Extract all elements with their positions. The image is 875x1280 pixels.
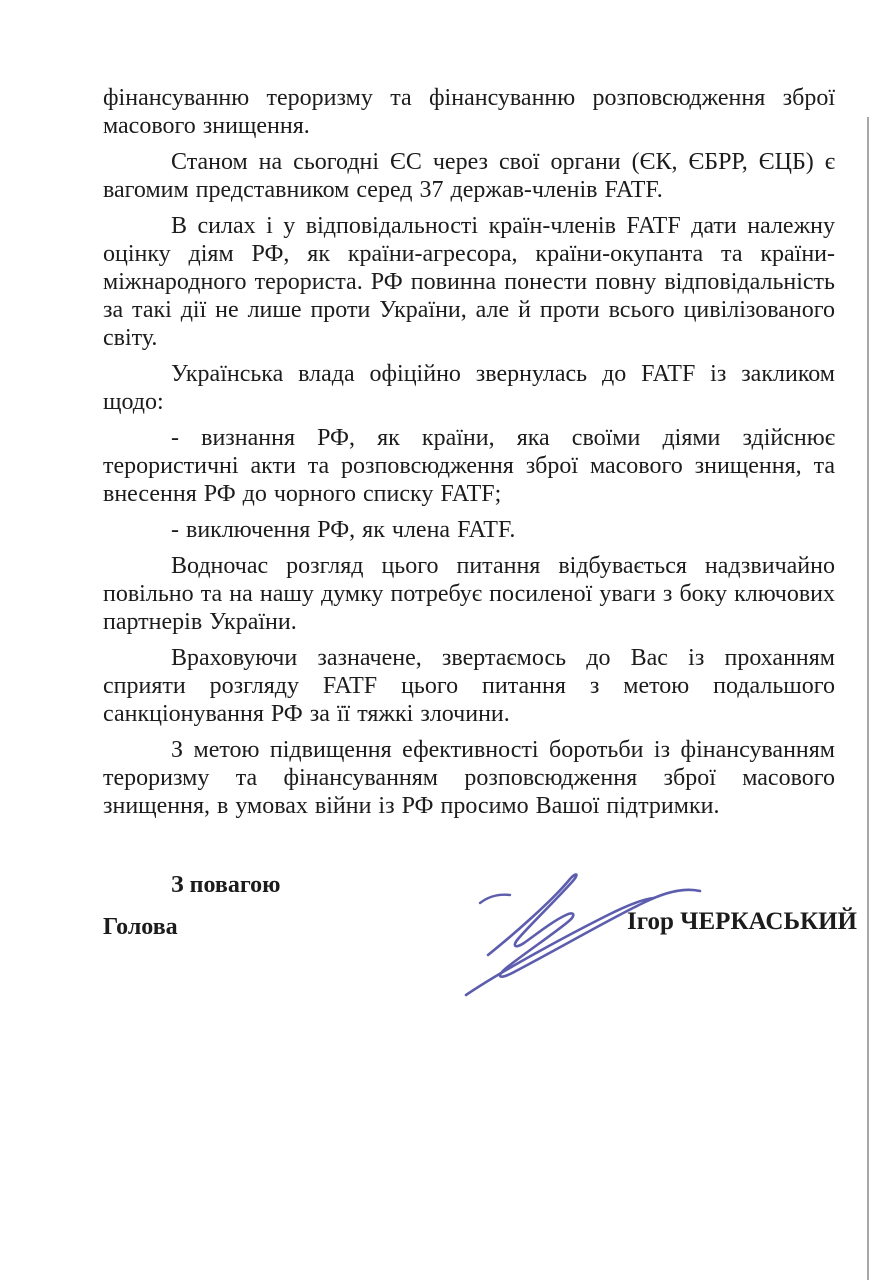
signature-row: Голова Ігор ЧЕРКАСЬКИЙ	[103, 913, 835, 1083]
paragraph: Враховуючи зазначене, звертаємось до Вас…	[103, 644, 835, 728]
list-item-paragraph: - визнання РФ, як країни, яка своїми дія…	[103, 424, 835, 508]
signer-position-title: Голова	[103, 913, 178, 941]
signature-stroke	[466, 898, 654, 995]
signer-name: Ігор ЧЕРКАСЬКИЙ	[627, 907, 857, 937]
closing-salutation: З повагою	[103, 871, 835, 899]
letter-body: фінансуванню тероризму та фінансуванню р…	[103, 84, 835, 1083]
paragraph: В силах і у відповідальності країн-члені…	[103, 212, 835, 352]
list-item-paragraph: - виключення РФ, як члена FATF.	[103, 516, 835, 544]
paragraph: фінансуванню тероризму та фінансуванню р…	[103, 84, 835, 140]
paragraph: Станом на сьогодні ЄС через свої органи …	[103, 148, 835, 204]
paragraph: Водночас розгляд цього питання відбуваєт…	[103, 552, 835, 636]
paragraph: З метою підвищення ефективності боротьби…	[103, 736, 835, 820]
paragraph: Українська влада офіційно звернулась до …	[103, 360, 835, 416]
document-page: фінансуванню тероризму та фінансуванню р…	[0, 0, 875, 1280]
scan-page-edge-line	[867, 117, 869, 1280]
